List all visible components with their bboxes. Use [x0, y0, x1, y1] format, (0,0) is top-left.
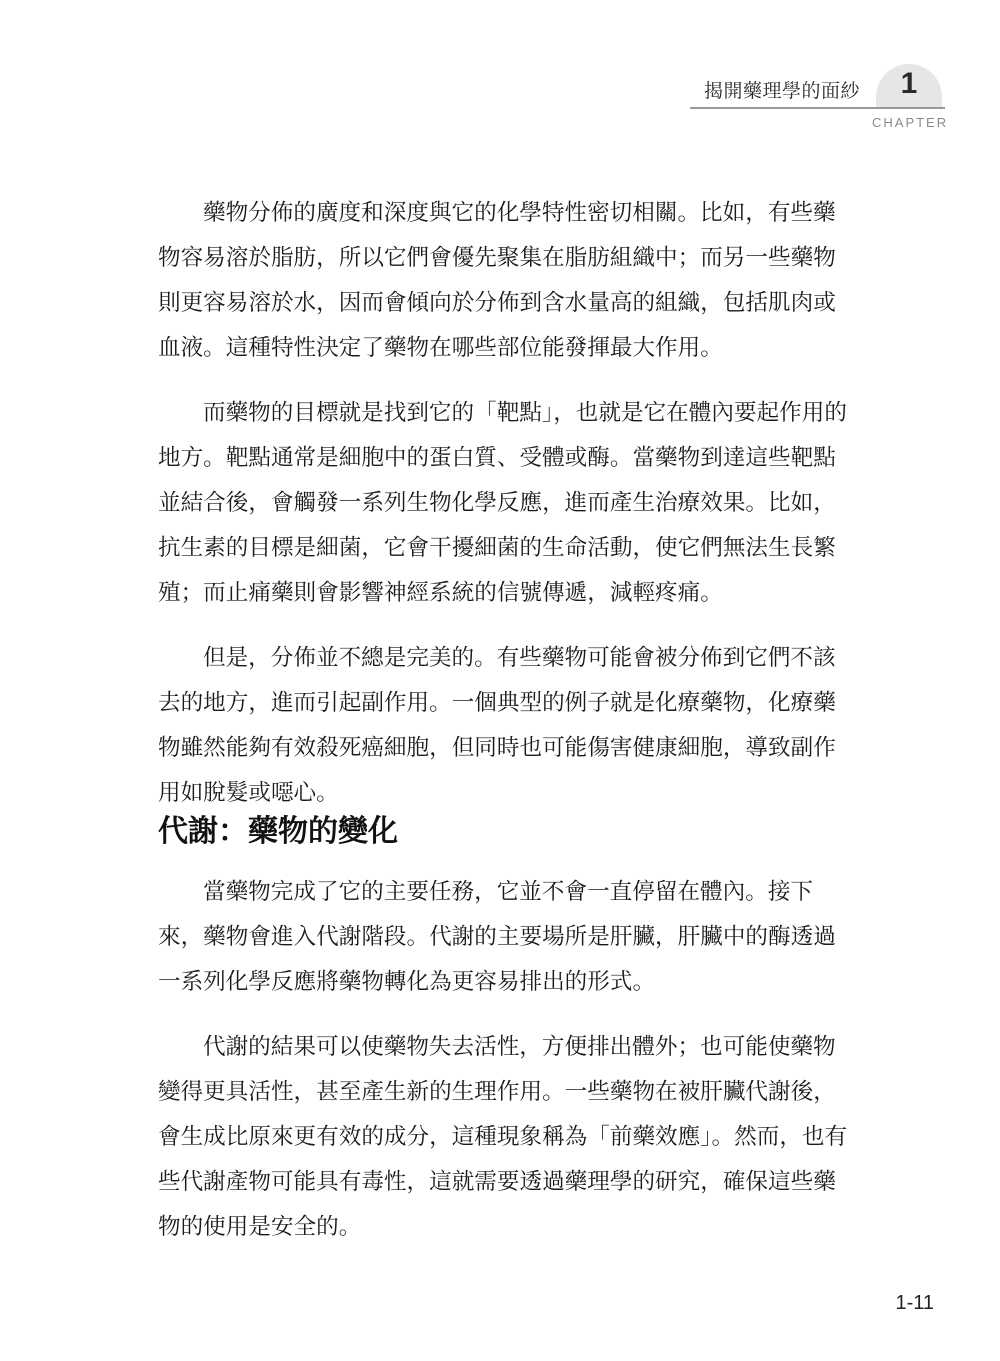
text-line: 物的使用是安全的。: [113, 1205, 868, 1250]
header-divider: [690, 107, 945, 109]
paragraph: 藥物分佈的廣度和深度與它的化學特性密切相關。比如，有些藥 物容易溶於脂肪，所以它…: [158, 191, 868, 371]
body-section-distribution: 藥物分佈的廣度和深度與它的化學特性密切相關。比如，有些藥 物容易溶於脂肪，所以它…: [158, 191, 868, 836]
text-line: 但是，分佈並不總是完美的。有些藥物可能會被分佈到它們不該: [158, 636, 868, 681]
text-line: 地方。靶點通常是細胞中的蛋白質、受體或酶。當藥物到達這些靶點: [113, 436, 868, 481]
text-line: 一系列化學反應將藥物轉化為更容易排出的形式。: [113, 960, 868, 1005]
text-line: 些代謝產物可能具有毒性，這就需要透過藥理學的研究，確保這些藥: [113, 1160, 868, 1205]
chapter-title: 揭開藥理學的面紗: [704, 76, 860, 103]
text-line: 去的地方，進而引起副作用。一個典型的例子就是化療藥物，化療藥: [113, 681, 868, 726]
chapter-label: CHAPTER: [872, 115, 948, 130]
text-line: 代謝的結果可以使藥物失去活性，方便排出體外；也可能使藥物: [158, 1025, 868, 1070]
text-line: 殖；而止痛藥則會影響神經系統的信號傳遞，減輕疼痛。: [113, 571, 868, 616]
text-line: 抗生素的目標是細菌，它會干擾細菌的生命活動，使它們無法生長繁: [113, 526, 868, 571]
text-line: 變得更具活性，甚至產生新的生理作用。一些藥物在被肝臟代謝後，: [113, 1070, 868, 1115]
paragraph: 而藥物的目標就是找到它的「靶點」，也就是它在體內要起作用的 地方。靶點通常是細胞…: [158, 391, 868, 616]
section-heading: 代謝：藥物的變化: [158, 806, 398, 850]
paragraph: 代謝的結果可以使藥物失去活性，方便排出體外；也可能使藥物 變得更具活性，甚至產生…: [158, 1025, 868, 1250]
text-line: 藥物分佈的廣度和深度與它的化學特性密切相關。比如，有些藥: [158, 191, 868, 236]
text-line: 則更容易溶於水，因而會傾向於分佈到含水量高的組織，包括肌肉或: [113, 281, 868, 326]
body-section-metabolism: 當藥物完成了它的主要任務，它並不會一直停留在體內。接下 來，藥物會進入代謝階段。…: [158, 870, 868, 1270]
text-line: 血液。這種特性決定了藥物在哪些部位能發揮最大作用。: [113, 326, 868, 371]
text-line: 物容易溶於脂肪，所以它們會優先聚集在脂肪組織中；而另一些藥物: [113, 236, 868, 281]
text-line: 並結合後，會觸發一系列生物化學反應，進而產生治療效果。比如，: [113, 481, 868, 526]
paragraph: 當藥物完成了它的主要任務，它並不會一直停留在體內。接下 來，藥物會進入代謝階段。…: [158, 870, 868, 1005]
chapter-number: 1: [876, 66, 942, 102]
paragraph: 但是，分佈並不總是完美的。有些藥物可能會被分佈到它們不該 去的地方，進而引起副作…: [158, 636, 868, 816]
text-line: 會生成比原來更有效的成分，這種現象稱為「前藥效應」。然而，也有: [113, 1115, 868, 1160]
text-line: 來，藥物會進入代謝階段。代謝的主要場所是肝臟，肝臟中的酶透過: [113, 915, 868, 960]
text-line: 物雖然能夠有效殺死癌細胞，但同時也可能傷害健康細胞，導致副作: [113, 726, 868, 771]
text-line: 而藥物的目標就是找到它的「靶點」，也就是它在體內要起作用的: [158, 391, 868, 436]
text-line: 當藥物完成了它的主要任務，它並不會一直停留在體內。接下: [158, 870, 868, 915]
page-number: 1-11: [895, 1292, 934, 1315]
